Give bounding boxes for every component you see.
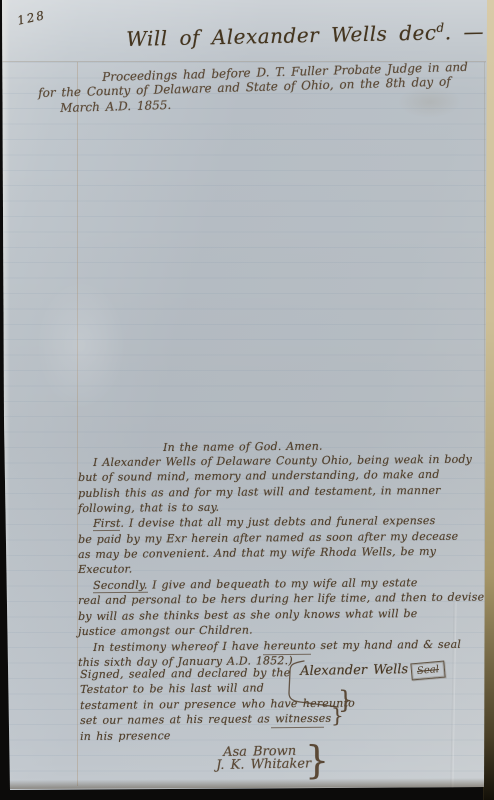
- paper-stain: [398, 86, 462, 118]
- margin-rule: [77, 62, 78, 786]
- attestation-brace-icon: }: [331, 705, 344, 725]
- witness-signature: J. K. Whitaker: [216, 756, 311, 773]
- body-line: In the name of God. Amen.: [163, 440, 323, 454]
- attestation-line: Signed, sealed and declared by the: [80, 666, 290, 681]
- page-bottom-edge: [4, 778, 488, 789]
- seal-label: Seal: [417, 664, 440, 677]
- body-line: Executor.: [78, 563, 133, 576]
- will-title: Will of Alexander Wells decd. —: [126, 20, 484, 51]
- attestation-line: Testator to be his last will and: [80, 681, 264, 696]
- body-line: justice amongst our Children.: [78, 623, 253, 638]
- will-title-superscript: d: [436, 21, 444, 35]
- scanned-book-photo: 128 Will of Alexander Wells decd. — Proc…: [0, 0, 494, 800]
- attestation-line: set our names at his request as witnesse…: [80, 712, 331, 727]
- document-page: 128 Will of Alexander Wells decd. — Proc…: [0, 0, 494, 800]
- seal-stamp: Seal: [410, 661, 445, 681]
- body-line: following, that is to say.: [78, 501, 219, 515]
- paper-stain: [36, 280, 126, 410]
- will-title-flourish: . —: [445, 20, 485, 45]
- will-title-text: Will of Alexander Wells dec: [126, 20, 437, 50]
- attestation-line: in his presence: [80, 729, 171, 743]
- witnesses-brace-icon: }: [305, 741, 329, 779]
- page-number: 128: [16, 8, 47, 28]
- testator-signature: Alexander Wells: [300, 662, 408, 679]
